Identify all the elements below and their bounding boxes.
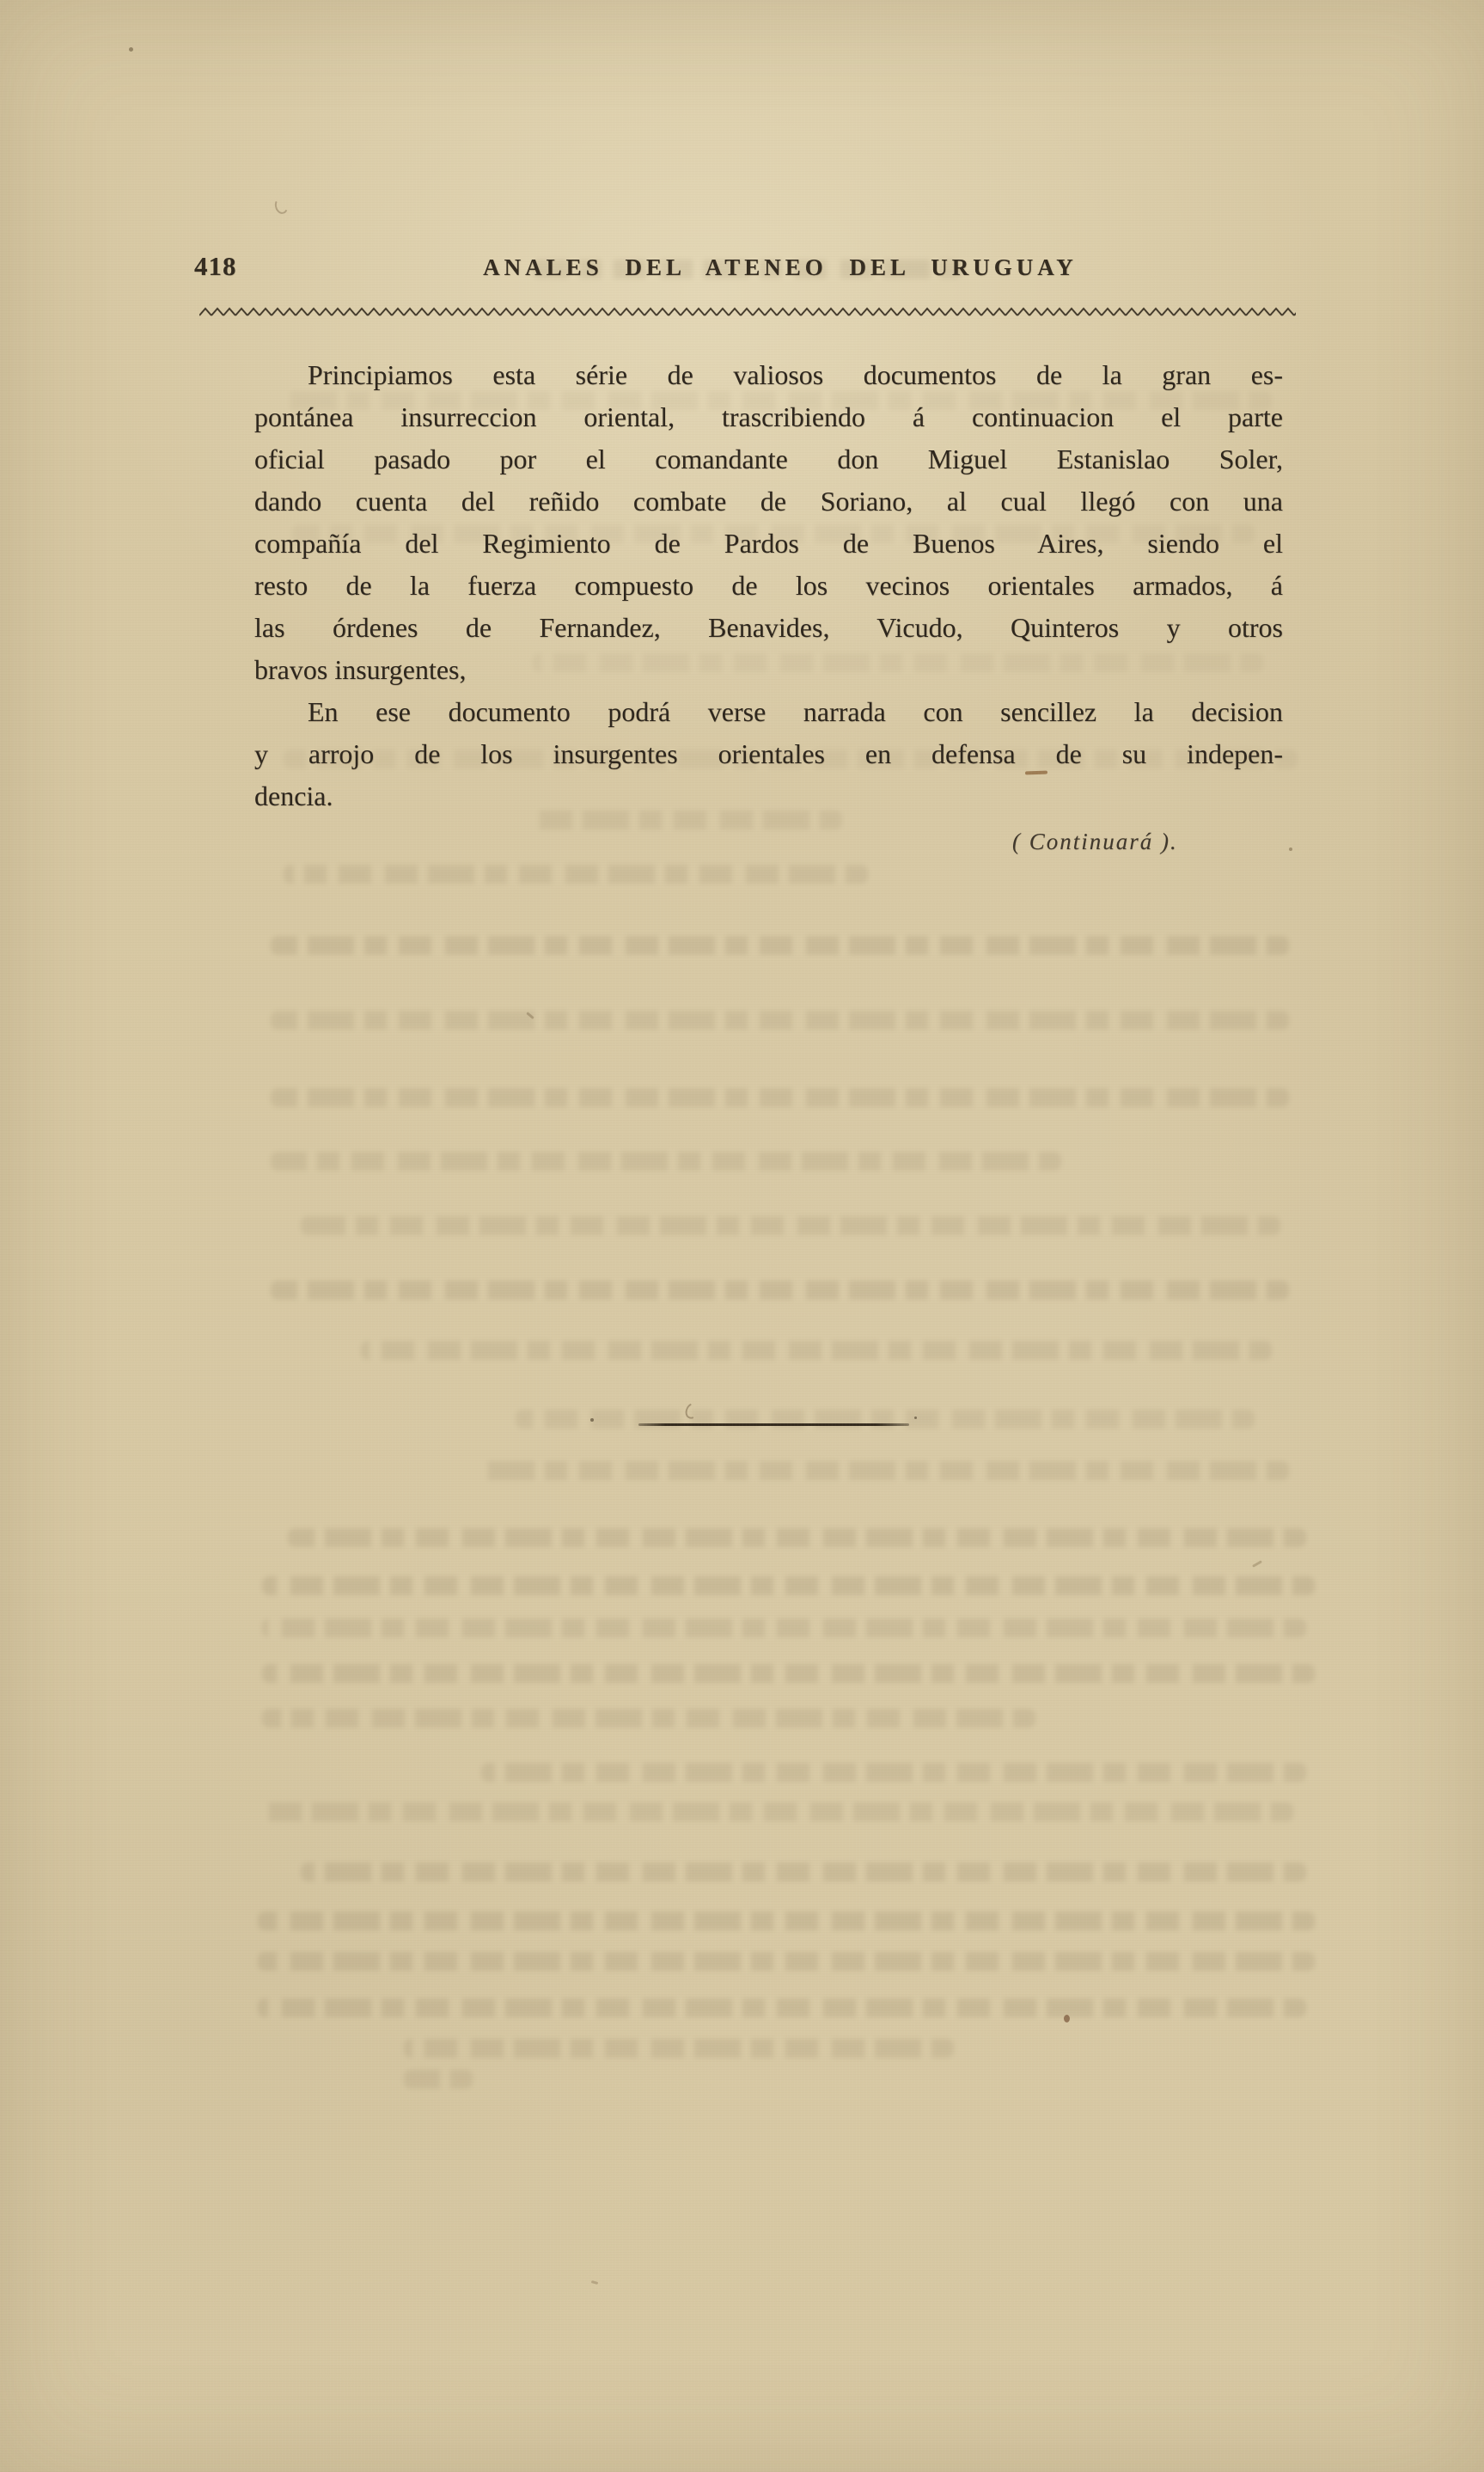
bleedthrough-line: [262, 1576, 1315, 1595]
bleedthrough-line: [271, 1011, 1289, 1030]
paper-fiber: [1252, 1560, 1262, 1568]
page-text: Principiamos esta série de valiosos docu…: [254, 354, 1283, 817]
paragraph1-line: bravos insurgentes,: [254, 649, 1283, 691]
bleedthrough-line: [258, 1952, 1315, 1971]
bleedthrough-line: [404, 2070, 473, 2089]
section-divider-rule: [638, 1423, 909, 1426]
paragraph2-line: y arrojo de los insurgentes orientales e…: [254, 733, 1283, 775]
bleedthrough-line: [258, 1912, 1315, 1930]
page-number: 418: [194, 251, 237, 282]
bleedthrough-line: [262, 1709, 1035, 1728]
paper-speck: [129, 47, 133, 52]
bleedthrough-line: [258, 1998, 1306, 2017]
bleedthrough-line: [301, 1216, 1280, 1235]
bleedthrough-line: [301, 1863, 1306, 1882]
bleedthrough-line: [271, 1152, 1061, 1171]
bleedthrough-line: [284, 865, 868, 884]
bleedthrough-line: [262, 1618, 1306, 1637]
scanned-book-page: 418 ANALES DEL ATENEO DEL URUGUAY Princi…: [0, 0, 1484, 2472]
bleedthrough-line: [404, 2039, 954, 2058]
paragraph1-line: oficial pasado por el comandante don Mig…: [254, 438, 1283, 480]
zigzag-divider: [199, 304, 1296, 320]
bleedthrough-line: [271, 936, 1289, 955]
bleedthrough-line: [271, 1088, 1289, 1107]
paper-fiber: [591, 2280, 599, 2285]
bleedthrough-line: [262, 1802, 1293, 1821]
paragraph1-line: dando cuenta del reñido combate de Soria…: [254, 480, 1283, 523]
bleedthrough-line: [481, 1763, 1306, 1782]
ink-dot: [914, 1417, 917, 1419]
continuation-note: ( Continuará ).: [1012, 829, 1178, 855]
bleedthrough-line: [288, 1528, 1306, 1547]
bleedthrough-line: [481, 1461, 1289, 1480]
paper-speck: [1289, 847, 1292, 851]
paragraph1-line: pontánea insurreccion oriental, trascrib…: [254, 396, 1283, 438]
paragraph2-line: En ese documento podrá verse narrada con…: [254, 691, 1283, 733]
paragraph1-line: resto de la fuerza compuesto de los veci…: [254, 565, 1283, 607]
bleedthrough-line: [361, 1341, 1272, 1360]
paper-curl-mark: [273, 196, 290, 215]
paragraph1-line: las órdenes de Fernandez, Benavides, Vic…: [254, 607, 1283, 649]
paragraph2-line: dencia.: [254, 775, 1283, 817]
ink-dot: [590, 1418, 594, 1422]
paragraph1-line: compañía del Regimiento de Pardos de Bue…: [254, 523, 1283, 565]
running-header: 418 ANALES DEL ATENEO DEL URUGUAY: [0, 251, 1484, 289]
bleedthrough-line: [262, 1664, 1315, 1683]
bleedthrough-line: [271, 1281, 1289, 1300]
paragraph1-line: Principiamos esta série de valiosos docu…: [254, 354, 1283, 396]
running-header-title: ANALES DEL ATENEO DEL URUGUAY: [483, 254, 1078, 281]
paper-speck: [1064, 2015, 1070, 2022]
